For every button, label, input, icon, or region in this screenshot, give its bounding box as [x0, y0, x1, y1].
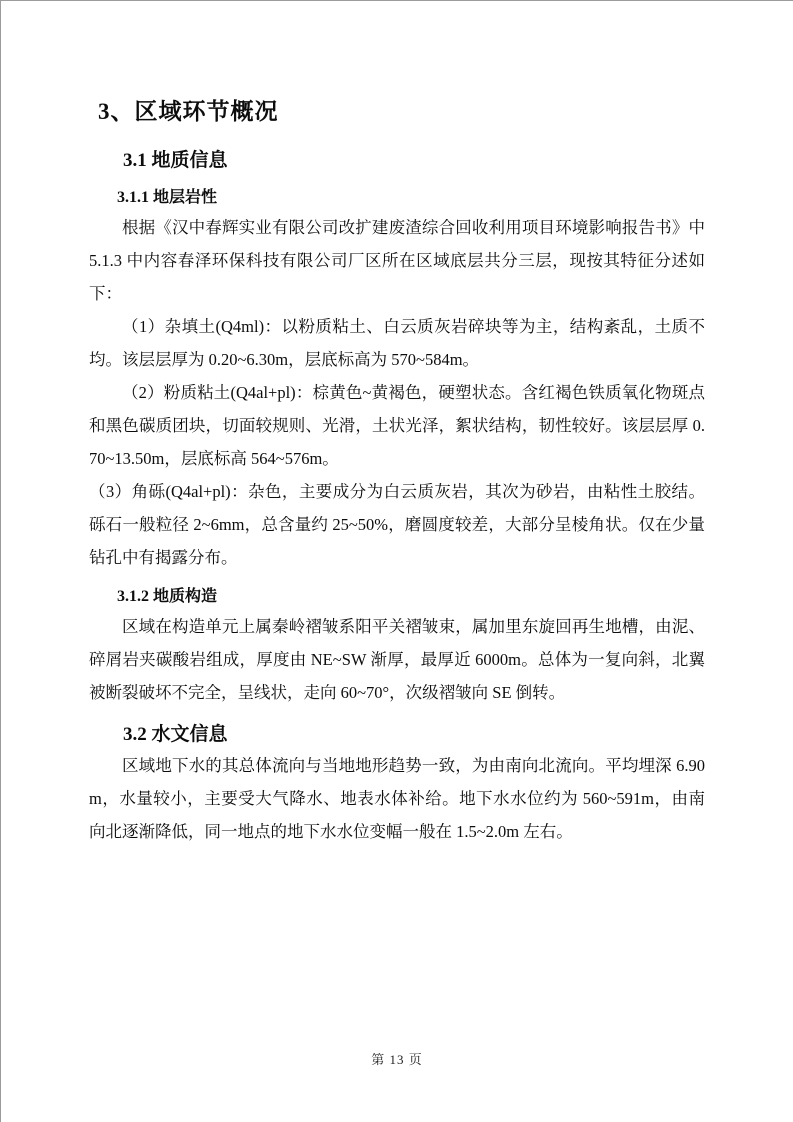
paragraph-hydrology: 区域地下水的其总体流向与当地地形趋势一致，为由南向北流向。平均埋深 6.90m，…: [89, 749, 705, 848]
paragraph-layer-3-breccia: （3）角砾(Q4al+pl)：杂色，主要成分为白云质灰岩，其次为砂岩，由粘性土胶…: [89, 475, 705, 574]
section-heading-region-overview: 3、区域环节概况: [89, 97, 705, 127]
document-page: 3、区域环节概况 3.1 地质信息 3.1.1 地层岩性 根据《汉中春辉实业有限…: [0, 0, 793, 1122]
paragraph-layer-2-silty-clay: （2）粉质粘土(Q4al+pl)：棕黄色~黄褐色，硬塑状态。含红褐色铁质氧化物斑…: [89, 376, 705, 475]
subsection-heading-lithology: 3.1.1 地层岩性: [89, 185, 705, 211]
paragraph-layer-1-fill-soil: （1）杂填土(Q4ml)：以粉质粘土、白云质灰岩碎块等为主，结构紊乱，土质不均。…: [89, 310, 705, 376]
paragraph-lithology-intro: 根据《汉中春辉实业有限公司改扩建废渣综合回收利用项目环境影响报告书》中 5.1.…: [89, 211, 705, 310]
section-heading-hydrology-info: 3.2 水文信息: [89, 721, 705, 749]
section-heading-geology-info: 3.1 地质信息: [89, 147, 705, 175]
page-footer: 第 13 页: [1, 1049, 793, 1068]
paragraph-geologic-structure: 区域在构造单元上属秦岭褶皱系阳平关褶皱束，属加里东旋回再生地槽，由泥、碎屑岩夹碳…: [89, 610, 705, 709]
subsection-heading-geologic-structure: 3.1.2 地质构造: [89, 584, 705, 610]
page-number: 第 13 页: [371, 1052, 423, 1067]
document-content: 3、区域环节概况 3.1 地质信息 3.1.1 地层岩性 根据《汉中春辉实业有限…: [89, 97, 705, 848]
